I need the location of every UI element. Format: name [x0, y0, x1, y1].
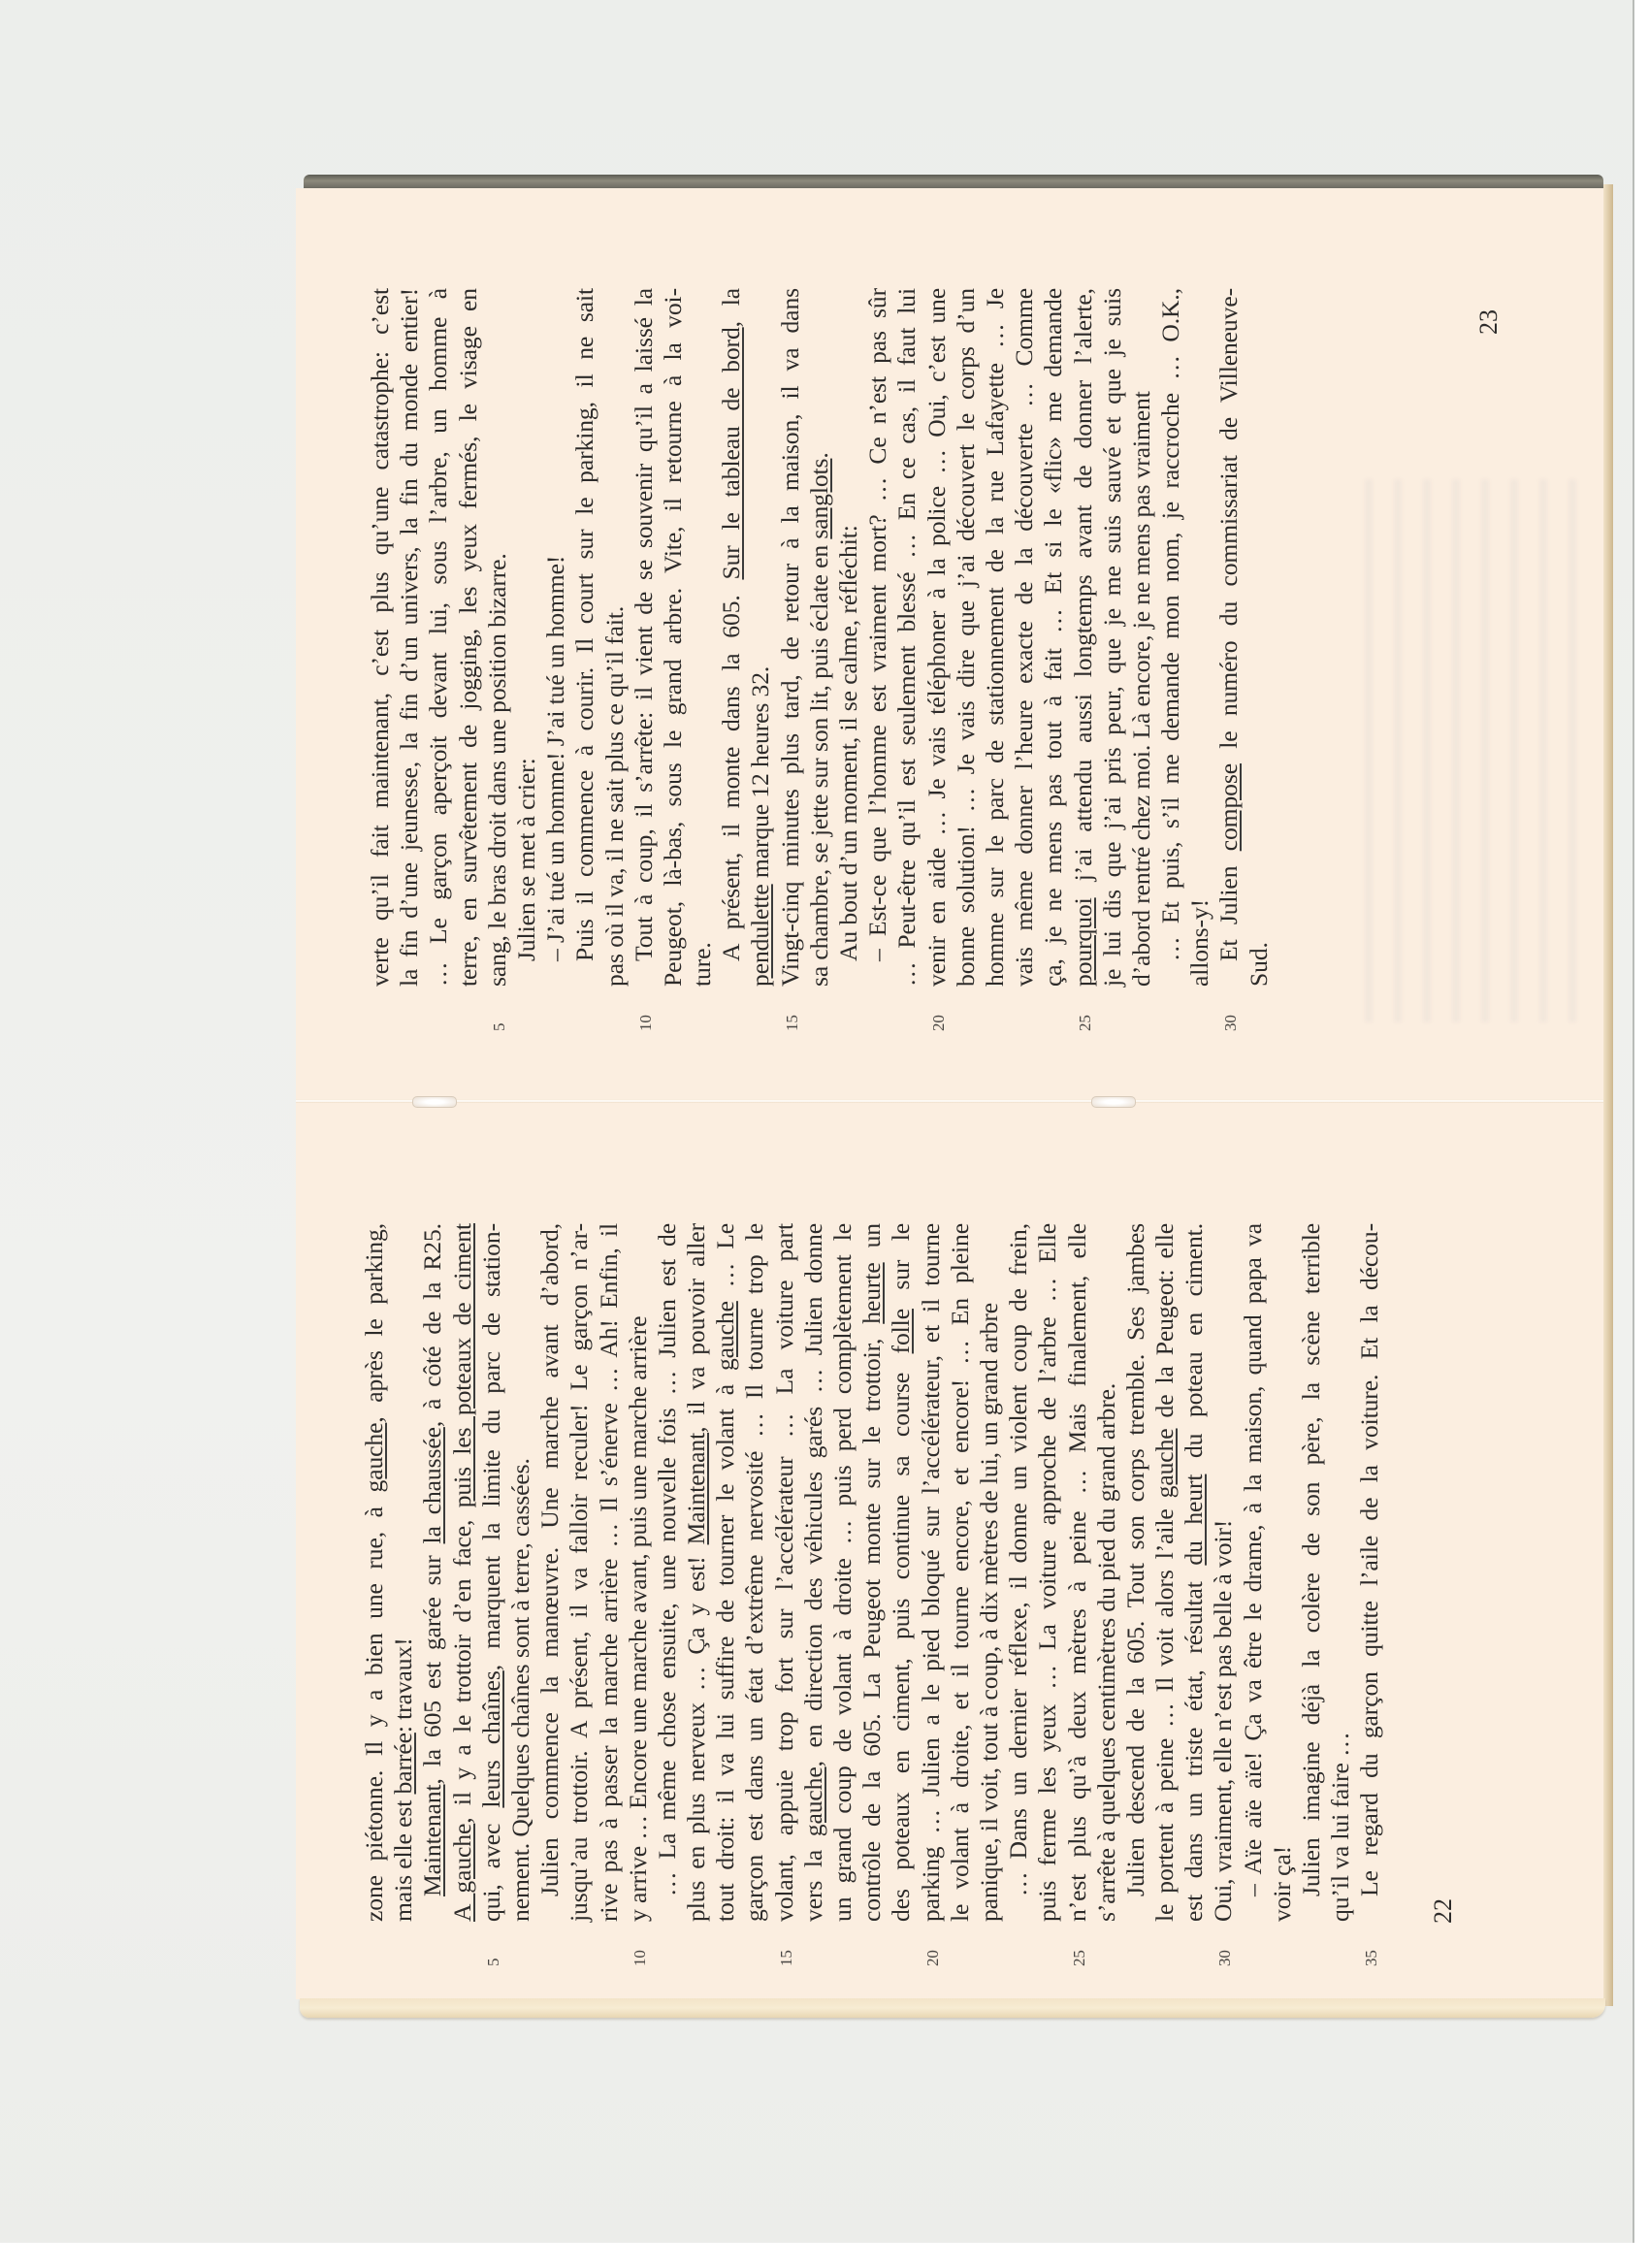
line-number: 10: [631, 1002, 661, 1031]
text-line: Peugeot, là-bas, sous le grand arbre. Vi…: [659, 288, 688, 987]
page-23: verte qu’il fait maintenant, c’est plus …: [296, 188, 1605, 1101]
text-line: ça, je ne mens pas tout à fait … Et si l…: [1039, 288, 1068, 987]
text-line: la fin d’une jeunesse, la fin d’un unive…: [395, 288, 424, 987]
text-line: … La même chose ensuite, une nouvelle fo…: [653, 1223, 682, 1922]
text-line: Au bout d’un moment, il se calme, réfléc…: [834, 288, 863, 987]
text-line: 30Et Julien compose le numéro du commiss…: [1214, 288, 1244, 987]
book-gutter-fold: [296, 1099, 1605, 1103]
text-line: pendulette marque 12 heures 32.: [746, 288, 775, 987]
scan-border-bottom: [0, 2243, 1649, 2268]
booklet-cover-edge: [304, 175, 1603, 188]
text-line: 25n’est plus qu’à deux mètres à peine … …: [1063, 1223, 1092, 1922]
line-number: 30: [1211, 1937, 1240, 1966]
text-line: des poteaux en ciment, puis continue sa …: [887, 1223, 916, 1922]
line-number: 15: [778, 1002, 807, 1031]
text-line: homme sur le parc de stationnement de la…: [981, 288, 1010, 987]
text-line: … Et puis, s’il me demande mon nom, je r…: [1156, 288, 1185, 987]
text-line: un grand coup de volant à droite … puis …: [828, 1223, 857, 1922]
line-number: 25: [1071, 1002, 1100, 1031]
text-line: Puis il commence à courir. Il court sur …: [570, 288, 599, 987]
text-line: vais même donner l’heure exacte de la dé…: [1010, 288, 1039, 987]
text-line: plus en plus nerveux … Ça y est! Mainten…: [682, 1223, 711, 1922]
page-22: zone piétonne. Il y a bien une rue, à ga…: [296, 1101, 1605, 1999]
text-line: … Peut-être qu’il est seulement blessé ……: [892, 288, 921, 987]
text-line: Maintenant, la 605 est garée sur la chau…: [418, 1223, 447, 1922]
text-line: Julien se met à crier:: [512, 288, 541, 987]
page-22-content: zone piétonne. Il y a bien une rue, à ga…: [296, 1101, 1605, 1999]
text-line: Julien commence la manœuvre. Une marche …: [535, 1223, 565, 1922]
text-line: vers la gauche, en direction des véhicul…: [799, 1223, 828, 1922]
text-line: panique, il voit, tout à coup, à dix mèt…: [975, 1223, 1004, 1922]
line-number: 10: [626, 1937, 655, 1966]
open-booklet: verte qu’il fait maintenant, c’est plus …: [296, 175, 1617, 2025]
staple: [412, 1096, 457, 1108]
booklet-page-edges: [1603, 184, 1613, 2006]
text-line: 20venir en aide … Je vais téléphoner à l…: [922, 288, 952, 987]
text-line: tout droit: il va lui suffire de tourner…: [711, 1223, 740, 1922]
line-number: 30: [1216, 1002, 1245, 1031]
text-line: s’arrête à quelques centimètres du pied …: [1092, 1223, 1121, 1922]
line-number: 20: [919, 1937, 948, 1966]
text-line: puis ferme les yeux … La voiture approch…: [1033, 1223, 1062, 1922]
page-22-text: zone piétonne. Il y a bien une rue, à ga…: [360, 1223, 1385, 1922]
text-line: Julien imagine déjà la colère de son pèr…: [1297, 1223, 1326, 1922]
text-line: 20parking … Julien a le pied bloqué sur …: [917, 1223, 946, 1922]
text-line: … Le garçon aperçoit devant lui, sous l’…: [424, 288, 453, 987]
text-line: 5sang, le bras droit dans une position b…: [483, 288, 512, 987]
line-number: 5: [485, 1002, 514, 1031]
text-line: 10y arrive … Encore une marche avant, pu…: [624, 1223, 653, 1922]
text-line: 15volant, appuie trop fort sur l’accélér…: [770, 1223, 799, 1922]
line-number: 25: [1065, 1937, 1094, 1966]
text-line: – Est-ce que l’homme est vraiment mort? …: [863, 288, 892, 987]
text-line: Sud.: [1245, 288, 1274, 987]
text-line: … Dans un dernier réflexe, il donne un v…: [1004, 1223, 1033, 1922]
line-number: 5: [479, 1937, 508, 1966]
text-line: bonne solution! … Je vais dire que j’ai …: [952, 288, 981, 987]
text-line: 30Oui, vraiment, elle n’est pas belle à …: [1209, 1223, 1238, 1922]
text-line: le portent à peine … Il voit alors l’ail…: [1150, 1223, 1180, 1922]
text-line: voir ça!: [1268, 1223, 1297, 1922]
text-line: Julien descend de la 605. Tout son corps…: [1121, 1223, 1150, 1922]
text-line: pas où il va, il ne sait plus ce qu’il f…: [600, 288, 630, 987]
text-line: – J’ai tué un homme! J’ai tué un homme!: [541, 288, 570, 987]
text-line: zone piétonne. Il y a bien une rue, à ga…: [360, 1223, 389, 1922]
text-line: 25pourquoi j’ai attendu aussi longtemps …: [1069, 288, 1098, 987]
staple: [1091, 1096, 1136, 1108]
text-line: terre, en survêtement de jogging, les ye…: [454, 288, 483, 987]
text-line: 5qui, avec leurs chaînes, marquent la li…: [477, 1223, 506, 1922]
text-line: jusqu’au trottoir. A présent, il va fall…: [565, 1223, 594, 1922]
text-line: garçon est dans un état d’extrême nervos…: [740, 1223, 769, 1922]
text-line: A gauche, il y a le trottoir d’en face, …: [448, 1223, 477, 1922]
text-line: A présent, il monte dans la 605. Sur le …: [717, 288, 746, 987]
text-line: 15Vingt-cinq minutes plus tard, de retou…: [776, 288, 805, 987]
text-line: allons-y!: [1185, 288, 1214, 987]
text-line: rive pas à passer la marche arrière … Il…: [595, 1223, 624, 1922]
text-line: nement. Quelques chaînes sont à terre, c…: [506, 1223, 535, 1922]
page-number-23: 23: [1474, 309, 1503, 335]
page-number-22: 22: [1429, 1898, 1458, 1924]
text-line: le volant à droite, et il tourne encore,…: [946, 1223, 975, 1922]
text-line: qu’il va lui faire …: [1326, 1223, 1355, 1922]
text-line: 10Tout à coup, il s’arrête: il vient de …: [630, 288, 659, 987]
text-line: – Aïe aïe aïe! Ça va être le drame, à la…: [1239, 1223, 1268, 1922]
line-number: 20: [924, 1002, 954, 1031]
text-line: d’abord rentré chez moi. Là encore, je n…: [1127, 288, 1156, 987]
booklet-page-stack-edge: [300, 1998, 1605, 2018]
text-line: ture.: [688, 288, 717, 987]
page-23-text: verte qu’il fait maintenant, c’est plus …: [366, 288, 1274, 987]
scan-border-right: [1633, 0, 1649, 2268]
text-line: je lui dis que j’ai pris peur, que je me…: [1098, 288, 1127, 987]
page-23-content: verte qu’il fait maintenant, c’est plus …: [296, 188, 1605, 1101]
text-line: est dans un triste état, résultat du heu…: [1180, 1223, 1209, 1922]
text-line: sa chambre, se jette sur son lit, puis é…: [805, 288, 834, 987]
text-line: verte qu’il fait maintenant, c’est plus …: [366, 288, 395, 987]
text-line: mais elle est barrée: travaux!: [389, 1223, 418, 1922]
text-line: 35Le regard du garçon quitte l’aile de l…: [1355, 1223, 1384, 1922]
line-number: 35: [1357, 1937, 1386, 1966]
text-line: contrôle de la 605. La Peugeot monte sur…: [857, 1223, 887, 1922]
line-number: 15: [772, 1937, 801, 1966]
